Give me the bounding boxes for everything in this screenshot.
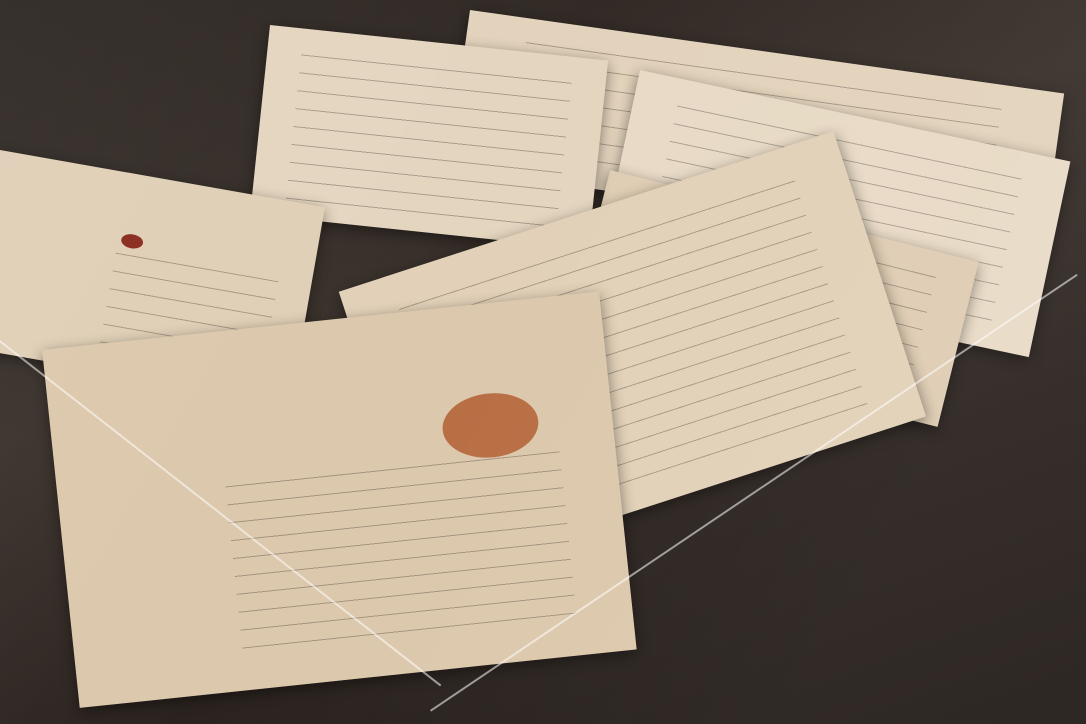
display-case-scene: Historical handwritten letters with wax … [0, 0, 1086, 724]
document-bottom-left-flourish [42, 291, 637, 708]
